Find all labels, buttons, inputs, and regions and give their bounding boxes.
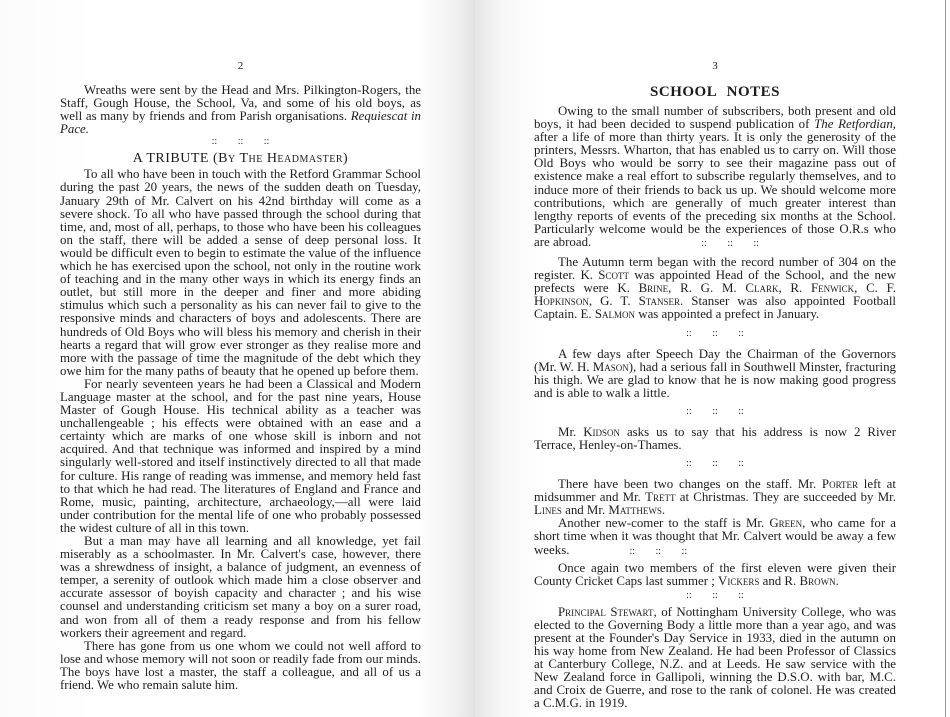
text-run: and Mr. bbox=[562, 503, 609, 517]
page-number: 3 bbox=[534, 58, 896, 74]
person-name: Lines bbox=[534, 503, 562, 517]
text-run: . bbox=[662, 503, 665, 517]
notes-paragraph-kidson: Mr. Kidson asks us to say that his addre… bbox=[534, 426, 896, 452]
tribute-heading: A TRIBUTE (By The Headmaster) bbox=[60, 151, 421, 167]
school-notes-heading: SCHOOL NOTES bbox=[534, 84, 896, 101]
notes-paragraph-staff-changes: There have been two changes on the staff… bbox=[534, 478, 896, 517]
notes-paragraph-stewart: Principal Stewart, of Nottingham Univers… bbox=[534, 606, 896, 711]
page-number: 2 bbox=[60, 58, 421, 74]
magazine-title: The Retfordian bbox=[814, 117, 893, 131]
left-page-text: 2 Wreaths were sent by the Head and Mrs.… bbox=[60, 58, 421, 692]
notes-paragraph-autumn-term: The Autumn term began with the record nu… bbox=[534, 256, 896, 321]
text-run: Another new-comer to the staff is Mr. bbox=[558, 516, 769, 530]
text-run: , of Nottingham University College, who … bbox=[534, 605, 896, 711]
page-edge-line bbox=[945, 0, 946, 717]
person-name: Mason bbox=[593, 360, 629, 374]
right-page-text: 3 SCHOOL NOTES Owing to the small number… bbox=[534, 58, 896, 711]
person-name: K. Scott bbox=[580, 268, 629, 282]
person-name: Principal Stewart bbox=[558, 605, 653, 619]
section-separator: :: :: :: bbox=[534, 590, 896, 602]
section-separator: :: :: :: bbox=[534, 406, 896, 418]
tribute-paragraph-4: There has gone from us one whom we could… bbox=[60, 640, 421, 692]
section-separator: :: :: :: bbox=[60, 136, 421, 148]
text-run: Mr. bbox=[558, 425, 583, 439]
wreaths-paragraph: Wreaths were sent by the Head and Mrs. P… bbox=[60, 84, 421, 136]
tribute-title: A TRIBUTE bbox=[133, 151, 209, 166]
tribute-paragraph-2: For nearly seventeen years he had been a… bbox=[60, 378, 421, 535]
text-run: Once again two members of the first elev… bbox=[534, 561, 896, 588]
text-run: , after a life of more than thirty years… bbox=[534, 117, 896, 249]
notes-paragraph-subscribers: Owing to the small number of subscribers… bbox=[534, 105, 896, 250]
notes-paragraph-green: Another new-comer to the staff is Mr. Gr… bbox=[534, 517, 896, 557]
person-name: Vickers bbox=[718, 574, 759, 588]
person-name: Matthews bbox=[608, 503, 661, 517]
text-run: and R. bbox=[759, 574, 799, 588]
text-run: There have been two changes on the staff… bbox=[558, 477, 822, 491]
person-name: E. Salmon bbox=[581, 307, 636, 321]
tribute-byline: (By The Headmaster) bbox=[213, 151, 348, 166]
notes-paragraph-cricket: Once again two members of the first elev… bbox=[534, 562, 896, 588]
tribute-paragraph-1: To all who have been in touch with the R… bbox=[60, 168, 421, 378]
text-run: at Christmas. They are succeeded by Mr. bbox=[676, 490, 896, 504]
tribute-paragraph-3: But a man may have all learning and all … bbox=[60, 535, 421, 640]
section-separator: :: :: :: bbox=[534, 328, 896, 340]
person-name: Green bbox=[769, 516, 802, 530]
person-name: Trett bbox=[645, 490, 675, 504]
text-run: was appointed a prefect in January. bbox=[635, 307, 819, 321]
notes-paragraph-chairman: A few days after Speech Day the Chairman… bbox=[534, 348, 896, 400]
section-separator: :: :: :: bbox=[701, 238, 759, 249]
person-name: Porter bbox=[822, 477, 858, 491]
text-run: . bbox=[836, 574, 839, 588]
person-name: Brown bbox=[799, 574, 835, 588]
section-separator: :: :: :: bbox=[629, 546, 687, 557]
section-separator: :: :: :: bbox=[534, 458, 896, 470]
person-name: Kidson bbox=[583, 425, 620, 439]
